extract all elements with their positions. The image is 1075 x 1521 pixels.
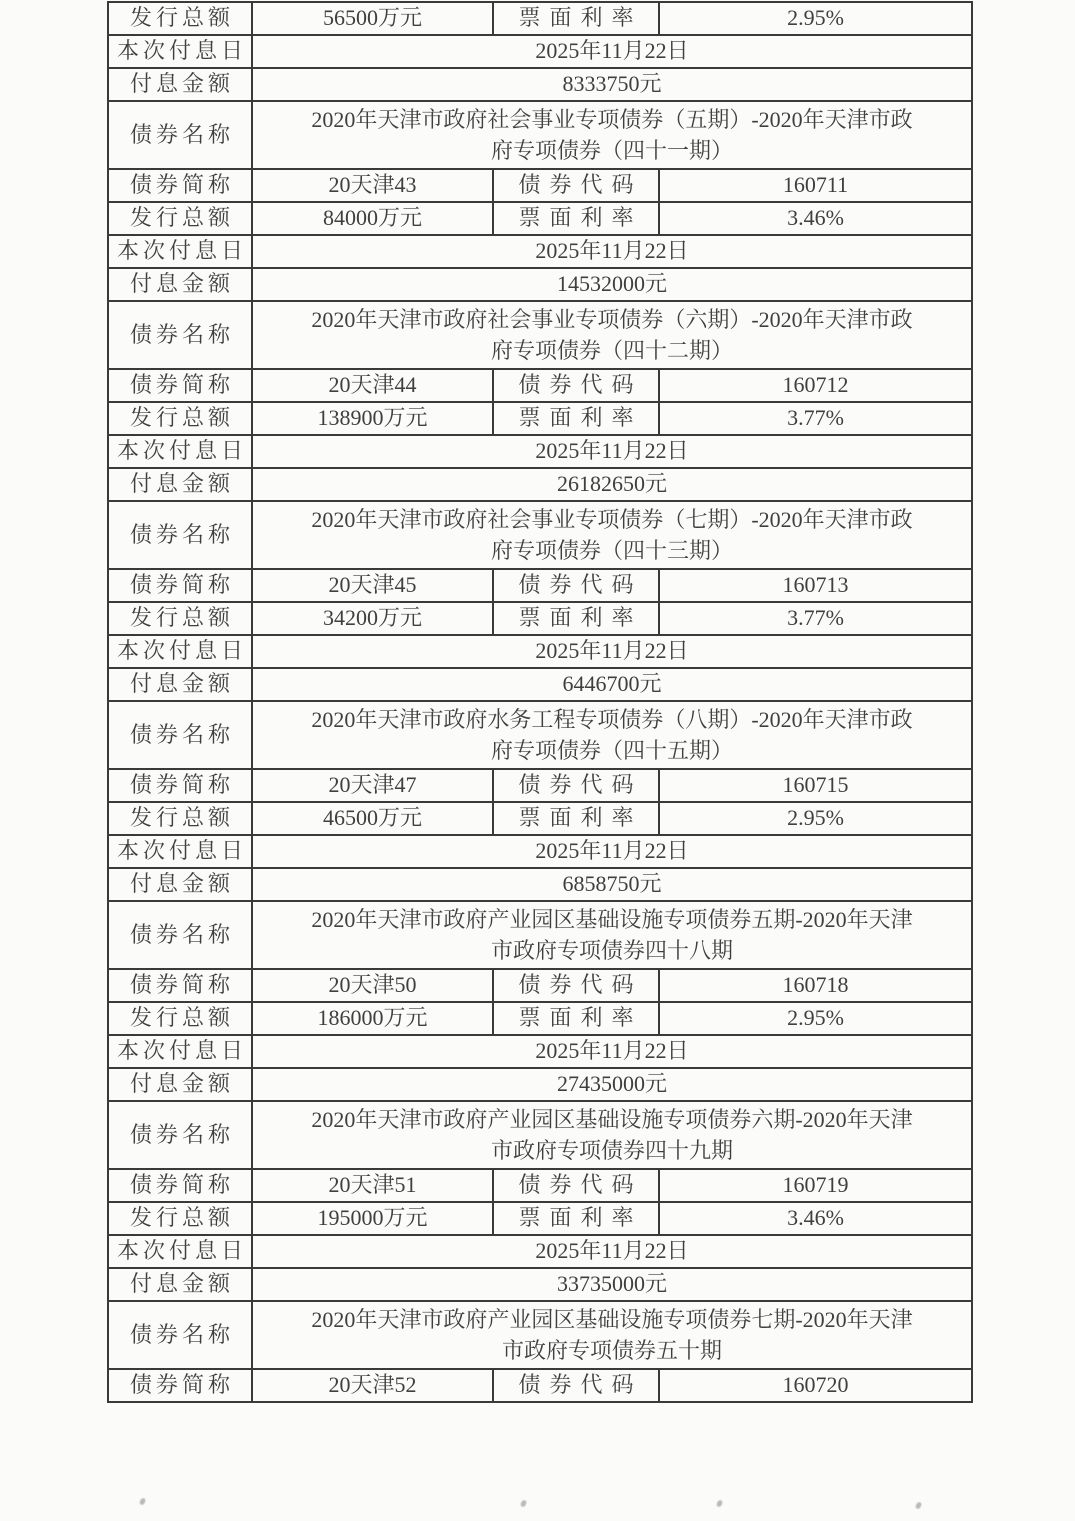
- bond-payment-table-body: 发行总额56500万元票面利率2.95%本次付息日2025年11月22日付息金额…: [108, 2, 972, 1402]
- payment-date-label: 本次付息日: [108, 235, 252, 268]
- bond-name-line: 2020年天津市政府社会事业专项债券（六期）-2020年天津市政: [261, 304, 963, 335]
- bond-code-value: 160712: [659, 369, 972, 402]
- issue-total-value: 195000万元: [252, 1202, 493, 1235]
- coupon-rate-value: 3.46%: [659, 202, 972, 235]
- bond-name-value: 2020年天津市政府产业园区基础设施专项债券六期-2020年天津市政府专项债券四…: [252, 1101, 972, 1169]
- bond-short-name-label: 债券简称: [108, 769, 252, 802]
- bond-name-value: 2020年天津市政府产业园区基础设施专项债券五期-2020年天津市政府专项债券四…: [252, 901, 972, 969]
- issue-total-label: 发行总额: [108, 2, 252, 35]
- bond-short-name-label: 债券简称: [108, 969, 252, 1002]
- payment-amount-row: 付息金额6858750元: [108, 868, 972, 901]
- issue-total-value: 56500万元: [252, 2, 493, 35]
- coupon-rate-label: 票面利率: [493, 802, 659, 835]
- scan-speck: [520, 1499, 527, 1507]
- bond-code-row: 债券简称20天津43债券代码160711: [108, 169, 972, 202]
- issue-total-value: 46500万元: [252, 802, 493, 835]
- bond-code-row: 债券简称20天津45债券代码160713: [108, 569, 972, 602]
- issue-rate-row: 发行总额46500万元票面利率2.95%: [108, 802, 972, 835]
- payment-amount-label: 付息金额: [108, 1068, 252, 1101]
- bond-code-label: 债券代码: [493, 769, 659, 802]
- payment-amount-value: 33735000元: [252, 1268, 972, 1301]
- payment-date-value: 2025年11月22日: [252, 635, 972, 668]
- issue-total-value: 186000万元: [252, 1002, 493, 1035]
- bond-name-value: 2020年天津市政府社会事业专项债券（七期）-2020年天津市政府专项债券（四十…: [252, 501, 972, 569]
- payment-amount-value: 8333750元: [252, 68, 972, 101]
- coupon-rate-value: 3.46%: [659, 1202, 972, 1235]
- payment-amount-value: 6858750元: [252, 868, 972, 901]
- bond-name-label: 债券名称: [108, 101, 252, 169]
- bond-short-name-label: 债券简称: [108, 1369, 252, 1402]
- payment-date-row: 本次付息日2025年11月22日: [108, 635, 972, 668]
- bond-payment-table: 发行总额56500万元票面利率2.95%本次付息日2025年11月22日付息金额…: [107, 1, 973, 1403]
- bond-short-name-label: 债券简称: [108, 1169, 252, 1202]
- bond-code-value: 160713: [659, 569, 972, 602]
- bond-short-name-value: 20天津43: [252, 169, 493, 202]
- payment-date-row: 本次付息日2025年11月22日: [108, 35, 972, 68]
- bond-code-label: 债券代码: [493, 169, 659, 202]
- issue-rate-row: 发行总额34200万元票面利率3.77%: [108, 602, 972, 635]
- issue-total-value: 84000万元: [252, 202, 493, 235]
- bond-short-name-value: 20天津44: [252, 369, 493, 402]
- payment-date-label: 本次付息日: [108, 35, 252, 68]
- bond-name-value: 2020年天津市政府社会事业专项债券（五期）-2020年天津市政府专项债券（四十…: [252, 101, 972, 169]
- coupon-rate-label: 票面利率: [493, 2, 659, 35]
- coupon-rate-label: 票面利率: [493, 1002, 659, 1035]
- payment-date-row: 本次付息日2025年11月22日: [108, 835, 972, 868]
- bond-code-value: 160718: [659, 969, 972, 1002]
- issue-total-label: 发行总额: [108, 1002, 252, 1035]
- payment-amount-row: 付息金额14532000元: [108, 268, 972, 301]
- bond-name-label: 债券名称: [108, 701, 252, 769]
- bond-code-value: 160720: [659, 1369, 972, 1402]
- bond-name-row: 债券名称2020年天津市政府社会事业专项债券（七期）-2020年天津市政府专项债…: [108, 501, 972, 569]
- payment-date-value: 2025年11月22日: [252, 1235, 972, 1268]
- payment-date-value: 2025年11月22日: [252, 835, 972, 868]
- coupon-rate-value: 2.95%: [659, 1002, 972, 1035]
- payment-amount-row: 付息金额26182650元: [108, 468, 972, 501]
- coupon-rate-label: 票面利率: [493, 402, 659, 435]
- payment-amount-row: 付息金额33735000元: [108, 1268, 972, 1301]
- payment-amount-label: 付息金额: [108, 268, 252, 301]
- payment-date-row: 本次付息日2025年11月22日: [108, 1235, 972, 1268]
- bond-short-name-value: 20天津45: [252, 569, 493, 602]
- bond-short-name-label: 债券简称: [108, 569, 252, 602]
- bond-name-line: 2020年天津市政府产业园区基础设施专项债券五期-2020年天津: [261, 904, 963, 935]
- bond-name-row: 债券名称2020年天津市政府水务工程专项债券（八期）-2020年天津市政府专项债…: [108, 701, 972, 769]
- payment-amount-value: 26182650元: [252, 468, 972, 501]
- payment-date-label: 本次付息日: [108, 435, 252, 468]
- bond-name-row: 债券名称2020年天津市政府产业园区基础设施专项债券六期-2020年天津市政府专…: [108, 1101, 972, 1169]
- payment-amount-value: 27435000元: [252, 1068, 972, 1101]
- issue-rate-row: 发行总额195000万元票面利率3.46%: [108, 1202, 972, 1235]
- payment-date-row: 本次付息日2025年11月22日: [108, 235, 972, 268]
- bond-name-line: 2020年天津市政府水务工程专项债券（八期）-2020年天津市政: [261, 704, 963, 735]
- payment-amount-row: 付息金额27435000元: [108, 1068, 972, 1101]
- bond-code-value: 160715: [659, 769, 972, 802]
- payment-date-row: 本次付息日2025年11月22日: [108, 435, 972, 468]
- bond-short-name-value: 20天津51: [252, 1169, 493, 1202]
- payment-amount-label: 付息金额: [108, 468, 252, 501]
- bond-code-row: 债券简称20天津50债券代码160718: [108, 969, 972, 1002]
- bond-name-line: 2020年天津市政府社会事业专项债券（七期）-2020年天津市政: [261, 504, 963, 535]
- issue-total-label: 发行总额: [108, 602, 252, 635]
- bond-name-label: 债券名称: [108, 501, 252, 569]
- bond-name-line: 府专项债券（四十一期）: [261, 135, 963, 166]
- bond-name-value: 2020年天津市政府产业园区基础设施专项债券七期-2020年天津市政府专项债券五…: [252, 1301, 972, 1369]
- bond-name-row: 债券名称2020年天津市政府社会事业专项债券（五期）-2020年天津市政府专项债…: [108, 101, 972, 169]
- bond-name-label: 债券名称: [108, 1301, 252, 1369]
- bond-code-row: 债券简称20天津44债券代码160712: [108, 369, 972, 402]
- coupon-rate-value: 3.77%: [659, 402, 972, 435]
- payment-amount-row: 付息金额8333750元: [108, 68, 972, 101]
- issue-total-label: 发行总额: [108, 802, 252, 835]
- bond-name-row: 债券名称2020年天津市政府产业园区基础设施专项债券五期-2020年天津市政府专…: [108, 901, 972, 969]
- payment-date-value: 2025年11月22日: [252, 435, 972, 468]
- payment-amount-value: 6446700元: [252, 668, 972, 701]
- bond-code-row: 债券简称20天津47债券代码160715: [108, 769, 972, 802]
- bond-short-name-label: 债券简称: [108, 369, 252, 402]
- payment-date-value: 2025年11月22日: [252, 1035, 972, 1068]
- issue-rate-row: 发行总额56500万元票面利率2.95%: [108, 2, 972, 35]
- bond-name-line: 府专项债券（四十三期）: [261, 535, 963, 566]
- bond-name-label: 债券名称: [108, 301, 252, 369]
- payment-date-label: 本次付息日: [108, 835, 252, 868]
- bond-name-row: 债券名称2020年天津市政府产业园区基础设施专项债券七期-2020年天津市政府专…: [108, 1301, 972, 1369]
- payment-amount-label: 付息金额: [108, 68, 252, 101]
- issue-total-label: 发行总额: [108, 402, 252, 435]
- bond-name-line: 市政府专项债券四十九期: [261, 1135, 963, 1166]
- bond-name-row: 债券名称2020年天津市政府社会事业专项债券（六期）-2020年天津市政府专项债…: [108, 301, 972, 369]
- bond-name-line: 府专项债券（四十二期）: [261, 335, 963, 366]
- payment-amount-label: 付息金额: [108, 1268, 252, 1301]
- coupon-rate-label: 票面利率: [493, 202, 659, 235]
- payment-amount-row: 付息金额6446700元: [108, 668, 972, 701]
- payment-amount-label: 付息金额: [108, 668, 252, 701]
- bond-name-value: 2020年天津市政府水务工程专项债券（八期）-2020年天津市政府专项债券（四十…: [252, 701, 972, 769]
- bond-code-row: 债券简称20天津51债券代码160719: [108, 1169, 972, 1202]
- payment-amount-label: 付息金额: [108, 868, 252, 901]
- coupon-rate-label: 票面利率: [493, 602, 659, 635]
- scan-speck: [716, 1499, 723, 1507]
- bond-name-label: 债券名称: [108, 901, 252, 969]
- bond-code-value: 160711: [659, 169, 972, 202]
- bond-short-name-label: 债券简称: [108, 169, 252, 202]
- bond-code-label: 债券代码: [493, 1169, 659, 1202]
- scan-speck: [915, 1501, 922, 1509]
- bond-code-value: 160719: [659, 1169, 972, 1202]
- coupon-rate-label: 票面利率: [493, 1202, 659, 1235]
- bond-code-label: 债券代码: [493, 1369, 659, 1402]
- bond-code-label: 债券代码: [493, 369, 659, 402]
- bond-code-label: 债券代码: [493, 569, 659, 602]
- payment-date-label: 本次付息日: [108, 1235, 252, 1268]
- bond-name-line: 2020年天津市政府社会事业专项债券（五期）-2020年天津市政: [261, 104, 963, 135]
- payment-date-label: 本次付息日: [108, 635, 252, 668]
- scan-speck: [139, 1497, 146, 1505]
- payment-date-row: 本次付息日2025年11月22日: [108, 1035, 972, 1068]
- issue-total-label: 发行总额: [108, 1202, 252, 1235]
- issue-total-label: 发行总额: [108, 202, 252, 235]
- bond-name-line: 2020年天津市政府产业园区基础设施专项债券七期-2020年天津: [261, 1304, 963, 1335]
- bond-name-line: 府专项债券（四十五期）: [261, 735, 963, 766]
- payment-date-label: 本次付息日: [108, 1035, 252, 1068]
- payment-date-value: 2025年11月22日: [252, 235, 972, 268]
- payment-amount-value: 14532000元: [252, 268, 972, 301]
- bond-name-label: 债券名称: [108, 1101, 252, 1169]
- coupon-rate-value: 2.95%: [659, 2, 972, 35]
- bond-name-value: 2020年天津市政府社会事业专项债券（六期）-2020年天津市政府专项债券（四十…: [252, 301, 972, 369]
- bond-short-name-value: 20天津50: [252, 969, 493, 1002]
- bond-name-line: 市政府专项债券四十八期: [261, 935, 963, 966]
- bond-name-line: 2020年天津市政府产业园区基础设施专项债券六期-2020年天津: [261, 1104, 963, 1135]
- issue-total-value: 34200万元: [252, 602, 493, 635]
- coupon-rate-value: 3.77%: [659, 602, 972, 635]
- bond-name-line: 市政府专项债券五十期: [261, 1335, 963, 1366]
- payment-date-value: 2025年11月22日: [252, 35, 972, 68]
- issue-rate-row: 发行总额186000万元票面利率2.95%: [108, 1002, 972, 1035]
- bond-code-row: 债券简称20天津52债券代码160720: [108, 1369, 972, 1402]
- issue-total-value: 138900万元: [252, 402, 493, 435]
- issue-rate-row: 发行总额84000万元票面利率3.46%: [108, 202, 972, 235]
- bond-code-label: 债券代码: [493, 969, 659, 1002]
- coupon-rate-value: 2.95%: [659, 802, 972, 835]
- bond-short-name-value: 20天津47: [252, 769, 493, 802]
- bond-short-name-value: 20天津52: [252, 1369, 493, 1402]
- issue-rate-row: 发行总额138900万元票面利率3.77%: [108, 402, 972, 435]
